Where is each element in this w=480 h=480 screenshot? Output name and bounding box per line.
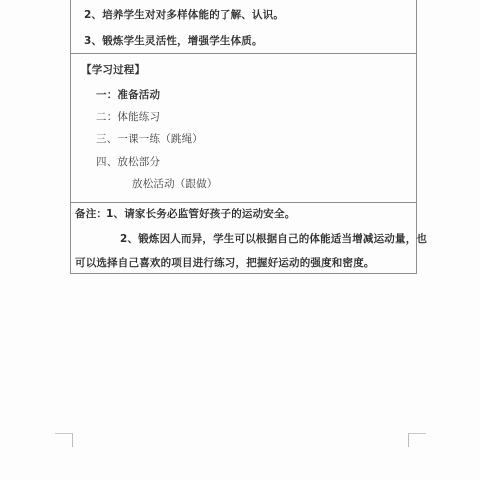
notes-line-1: 1、请家长务必监管好孩子的运动安全。 (106, 208, 295, 220)
page-corner-mark-right (408, 433, 426, 447)
process-item-1: 一：准备活动 (96, 89, 160, 101)
process-item-relax: 放松活动（跟做） (132, 178, 218, 190)
process-item-3: 三、一课一练（跳绳） (96, 133, 203, 145)
page-corner-mark-left (55, 433, 73, 447)
notes-cell: 备注： 1、请家长务必监管好孩子的运动安全。 2、锻炼因人而异，学生可以根据自己… (71, 203, 416, 274)
process-heading: 【学习过程】 (81, 64, 145, 76)
notes-line-2: 2、锻炼因人而异，学生可以根据自己的体能适当增减运动量，也 (120, 233, 427, 245)
document-page: 2、培养学生对对多样体能的了解、认识。 3、锻炼学生灵活性，增强学生体质。 【学… (0, 0, 480, 480)
goals-cell: 2、培养学生对对多样体能的了解、认识。 3、锻炼学生灵活性，增强学生体质。 (71, 0, 416, 54)
notes-line-3: 可以选择自己喜欢的项目进行练习，把握好运动的强度和密度。 (75, 257, 375, 269)
goal-line-3: 3、锻炼学生灵活性，增强学生体质。 (84, 35, 263, 47)
lesson-plan-table: 2、培养学生对对多样体能的了解、认识。 3、锻炼学生灵活性，增强学生体质。 【学… (70, 0, 417, 274)
process-item-4: 四、放松部分 (96, 156, 160, 168)
notes-label: 备注： (75, 208, 107, 220)
process-cell: 【学习过程】 一：准备活动 二：体能练习 三、一课一练（跳绳） 四、放松部分 放… (71, 54, 416, 203)
goal-line-2: 2、培养学生对对多样体能的了解、认识。 (84, 9, 284, 21)
process-item-2: 二：体能练习 (96, 111, 160, 123)
